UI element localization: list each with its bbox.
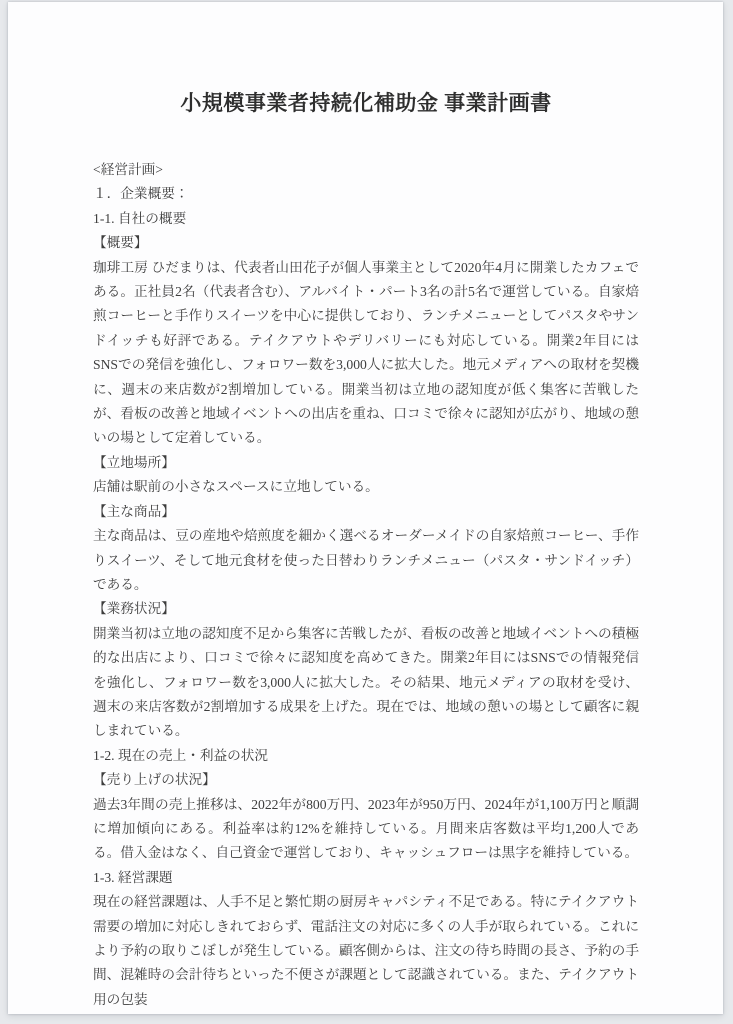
plan-section-tag: <経営計画> <box>93 158 639 182</box>
document-canvas: 小規模事業者持続化補助金 事業計画書 <経営計画>１．企業概要：1-1. 自社の… <box>0 0 733 1024</box>
document-page: 小規模事業者持続化補助金 事業計画書 <経営計画>１．企業概要：1-1. 自社の… <box>8 2 723 1014</box>
field-label: 【業務状況】 <box>93 597 639 621</box>
paragraph: 店舗は駅前の小さなスペースに立地している。 <box>93 475 639 499</box>
field-label: 【立地場所】 <box>93 451 639 475</box>
document-body: <経営計画>１．企業概要：1-1. 自社の概要【概要】珈琲工房 ひだまりは、代表… <box>93 158 639 1012</box>
paragraph: 過去3年間の売上推移は、2022年が800万円、2023年が950万円、2024… <box>93 793 639 866</box>
paragraph: 現在の経営課題は、人手不足と繁忙期の厨房キャパシティ不足である。特にテイクアウト… <box>93 890 639 1012</box>
document-title: 小規模事業者持続化補助金 事業計画書 <box>93 88 639 118</box>
field-label: 【概要】 <box>93 231 639 255</box>
section-heading: 1-2. 現在の売上・利益の状況 <box>93 744 639 768</box>
paragraph: 珈琲工房 ひだまりは、代表者山田花子が個人事業主として2020年4月に開業したカ… <box>93 256 639 451</box>
field-label: 【売り上げの状況】 <box>93 768 639 792</box>
section-heading: 1-1. 自社の概要 <box>93 207 639 231</box>
field-label: 【主な商品】 <box>93 500 639 524</box>
section-heading: １．企業概要： <box>93 182 639 206</box>
paragraph: 開業当初は立地の認知度不足から集客に苦戦したが、看板の改善と地域イベントへの積極… <box>93 622 639 744</box>
paragraph: 主な商品は、豆の産地や焙煎度を細かく選べるオーダーメイドの自家焙煎コーヒー、手作… <box>93 524 639 597</box>
section-heading: 1-3. 経営課題 <box>93 866 639 890</box>
